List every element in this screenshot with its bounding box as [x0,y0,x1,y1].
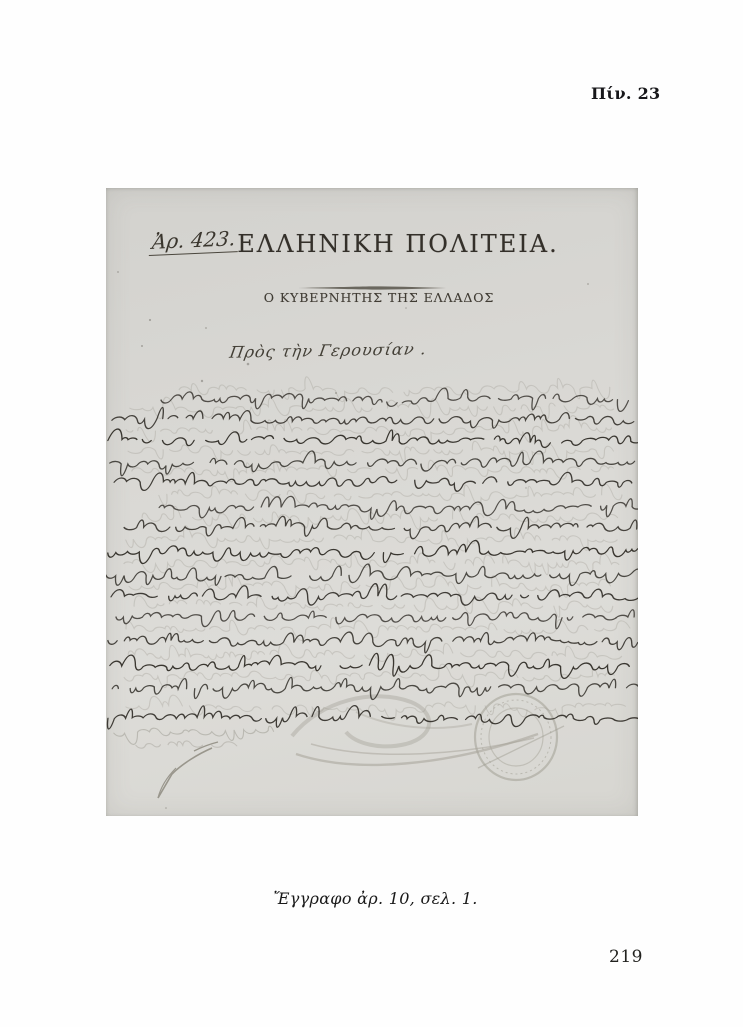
pencil-mark [158,742,218,798]
document-photo: Ἀρ. 423. ΕΛΛΗΝΙΚΗ ΠΟΛΙΤΕΙΑ. Ο ΚΥΒΕΡΝΗΤΗΣ… [106,188,638,816]
handwriting-stroke [112,472,634,491]
handwriting-stroke [106,429,638,447]
handwriting-stroke [106,564,638,585]
stamp-seal [475,694,564,780]
document-subtitle: Ο ΚΥΒΕΡΝΗΤΗΣ ΤΗΣ ΕΛΛΑΔΟΣ [113,290,645,305]
page-number: 219 [609,947,643,967]
plate-label: Πίν. 23 [591,84,660,103]
salutation-handwritten: Πρὸς τὴν Γερουσίαν . [228,339,428,361]
ghost-signature [292,696,538,765]
handwriting-stroke [106,632,638,653]
handwriting-stroke [107,451,637,476]
handwriting-stroke [156,484,624,506]
handwriting-stroke [135,741,237,748]
handwriting-stroke [156,496,638,519]
handwriting-stroke [113,610,635,629]
handwriting-stroke [158,388,631,411]
handwriting-stroke [131,594,615,618]
figure-caption: Ἔγγραφο ἀρ. 10, σελ. 1. [4,889,743,908]
handwriting-stroke [112,726,276,744]
document-number-handwritten: Ἀρ. 423. [149,226,241,256]
book-page: Πίν. 23 Ἀρ. 423. ΕΛΛΗΝΙΚΗ ΠΟΛΙΤΕΙΑ. Ο ΚΥ… [0,0,743,1027]
